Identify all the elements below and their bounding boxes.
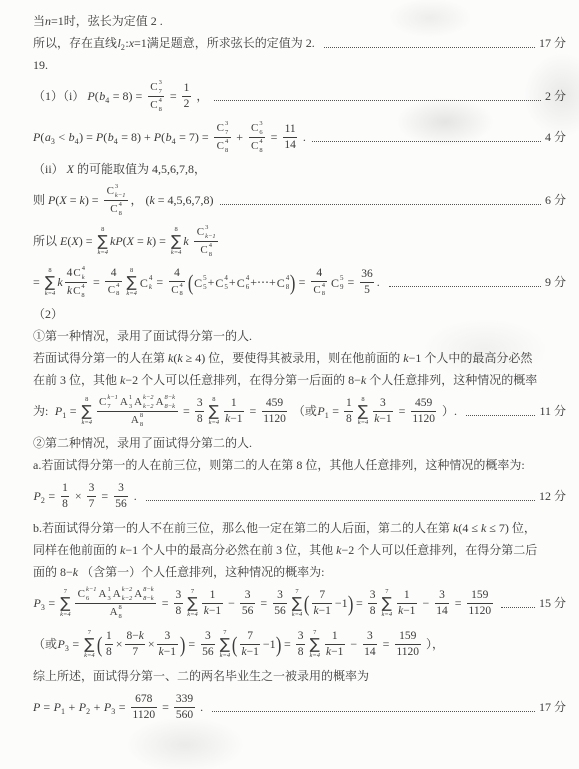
text-run: k=4: [97, 250, 108, 257]
text-run: 7: [87, 498, 96, 511]
text-run: ①第一种情况，录用了面试得分第一的人.: [33, 329, 252, 344]
text-run: 560: [174, 709, 194, 722]
text-run: 5: [224, 284, 228, 291]
math-variable: X: [71, 234, 78, 249]
line-p1-formula: 为: P1 = 8∑k=4Ck−17A13Ak−2k−2A8−k8−kA88 =…: [33, 391, 566, 432]
math-variable: P: [87, 89, 94, 104]
text-run: 3: [129, 404, 132, 411]
text-run: 当: [33, 14, 45, 29]
text-run: +: [65, 700, 78, 715]
line-19-pxk: 则 P(X = k) = C3k−1C48， (k = 4,5,6,7,8)6 …: [33, 180, 566, 221]
text-run: ×: [72, 489, 85, 504]
fraction: 356: [273, 589, 288, 618]
text-run: k=4: [292, 612, 303, 619]
text-run: 3: [87, 482, 96, 495]
text-run: 所以，存在直线: [33, 36, 117, 51]
summation-symbol: 8∑k=4: [171, 227, 182, 257]
text-run: +⋯+: [250, 275, 276, 290]
subscripted-variable: P3: [58, 637, 69, 652]
fraction: 38: [174, 589, 183, 618]
text-run: −1: [403, 605, 415, 618]
text-run: k=4: [84, 653, 95, 660]
text-run: 459: [414, 397, 434, 410]
text-run: 3: [367, 630, 373, 643]
math-variable: P: [33, 700, 40, 715]
script-stack: 46: [246, 275, 250, 291]
text-run: C48: [108, 202, 125, 217]
subscripted-variable: l2: [118, 36, 125, 51]
text-run: =: [185, 637, 198, 652]
combinatorial-symbol: C48: [110, 202, 122, 217]
text-run: 8: [296, 646, 305, 659]
text-run: =: [396, 404, 409, 419]
text-run: −2 个人可以任意排列，在得分第二后: [341, 543, 537, 558]
text-run: 8: [81, 293, 84, 300]
text-run: 4: [316, 267, 322, 280]
text-run: ∑: [171, 234, 181, 249]
text-run: 1: [344, 397, 353, 410]
text-run: 560: [176, 709, 193, 722]
text-run: 4: [116, 283, 119, 290]
text-run: 9: [340, 284, 344, 291]
text-run: 4: [172, 138, 176, 146]
combinatorial-symbol: C4k: [140, 275, 153, 291]
script-stack: 48: [180, 283, 183, 298]
subscripted-variable: P2: [79, 700, 90, 715]
fraction: 18: [105, 630, 114, 659]
text-run: A: [156, 397, 164, 408]
combinatorial-symbol: C48: [108, 283, 120, 298]
text-run: A: [131, 415, 139, 426]
text-run: P: [317, 404, 324, 419]
text-run: k−1: [240, 646, 260, 659]
text-run: =: [345, 275, 358, 290]
fraction-bar: [105, 281, 122, 282]
text-run: C37: [214, 121, 231, 136]
text-run: C: [313, 285, 320, 296]
text-run: C36: [249, 121, 266, 136]
text-run: 339: [174, 693, 194, 706]
text-run: k=4: [358, 420, 369, 427]
text-run: 8: [370, 605, 376, 618]
fraction: 1591120: [467, 589, 493, 618]
text-run: A: [134, 397, 142, 408]
line-summary-text: 综上所述，面试得分第一、二的两名毕业生之一被录用的概率为: [33, 665, 566, 687]
fraction-bar: [174, 707, 194, 708]
text-run: (: [103, 130, 107, 145]
text-run: C: [150, 100, 157, 111]
fraction-bar: [194, 241, 218, 242]
text-run: 7: [132, 646, 138, 659]
fraction: 314: [363, 630, 378, 659]
fraction: 1591120: [395, 630, 421, 659]
text-run: −1 个人中的最高分必然在前 3 位，其他: [125, 543, 336, 558]
text-run: （2）: [33, 307, 63, 322]
text-run: 7: [246, 630, 255, 643]
text-run: 4: [246, 275, 250, 282]
fraction: 1k−1: [397, 589, 417, 618]
text-run: A88: [107, 605, 124, 620]
text-run: ∑: [220, 637, 230, 652]
text-run: 8−k: [125, 630, 145, 643]
text-run: 4: [259, 139, 262, 146]
text-run: 459: [264, 397, 284, 410]
line-case2b-text-1: b.若面试得分第一的人不在前三位，那么他一定在第二的人后面，第二的人在第 k(4…: [33, 517, 566, 539]
fraction-bar: [125, 644, 145, 645]
text-run: 1120: [263, 413, 286, 426]
line-19-ii-values: （ii） X 的可能取值为 4,5,6,7,8，: [33, 158, 566, 180]
summation-symbol: 7∑k=4: [187, 589, 198, 619]
line-p3-alt-formula: （或P3 = 7∑k=4(18×8−k7×3k−1) = 3567∑k=4(7k…: [33, 624, 566, 665]
script-stack: k−16: [86, 587, 97, 602]
text-run: 1: [129, 395, 132, 402]
math-variable: P: [96, 130, 103, 145]
text-run: a.若面试得分第一的人在前三位，则第二的人在第 8 位，其他人任意排列，这种情况…: [33, 458, 525, 473]
text-run: C: [194, 277, 202, 289]
text-run: 19.: [33, 58, 48, 73]
text-run: 159: [399, 630, 416, 643]
script-stack: 55: [203, 275, 207, 291]
text-run: A88: [128, 413, 145, 428]
text-run: 7: [319, 589, 325, 602]
text-run: P: [34, 596, 41, 611]
fraction: 38: [195, 397, 204, 426]
combinatorial-symbol: C45: [215, 275, 228, 291]
script-stack: 48: [259, 139, 262, 154]
text-run: 56: [202, 646, 214, 659]
script-stack: 37: [225, 121, 228, 136]
text-run: ）.: [439, 404, 460, 419]
fraction-bar: [174, 603, 183, 604]
text-run: 1120: [131, 709, 157, 722]
text-run: Ck−16A13Ak−2k−2A8−k8−k: [75, 587, 156, 602]
fraction-bar: [467, 603, 493, 604]
text-run: Ck−17A13Ak−2k−2A8−k8−k: [97, 395, 178, 410]
text-run: 同样在他前面的: [33, 543, 120, 558]
combinatorial-symbol: C46: [237, 275, 250, 291]
score-label: 17 分: [539, 700, 566, 715]
text-run: C48: [249, 139, 266, 154]
line-case1-title: ①第一种情况，录用了面试得分第一的人.: [33, 325, 566, 347]
text-run: ），: [423, 637, 444, 652]
combinatorial-symbol: C37: [150, 80, 162, 95]
text-run: 8: [174, 605, 183, 618]
text-run: 159: [471, 589, 488, 602]
text-run: ∑: [127, 275, 137, 290]
text-run: .: [300, 130, 306, 145]
text-run: +: [91, 700, 104, 715]
fraction: 38: [296, 630, 305, 659]
text-run: C: [200, 245, 207, 256]
script-stack: 4k: [149, 275, 153, 291]
text-run: =1时，弦长为定值 2 .: [51, 14, 163, 29]
line-19-part2: （2）: [33, 303, 566, 325]
line-19-prob-a3-b4: P(a3 < b4) = P(b4 = 8) + P(b4 = 7) = C37…: [33, 117, 566, 158]
combinatorial-symbol: C59: [331, 275, 344, 291]
fraction-bar: [182, 96, 191, 97]
text-run: 4: [286, 275, 290, 282]
text-run: 6: [259, 130, 262, 137]
text-run: k−1: [325, 646, 345, 659]
text-run: 所以: [33, 234, 60, 249]
text-run: 1: [346, 397, 352, 410]
text-run: 1: [105, 630, 114, 643]
score-label: 9 分: [545, 275, 566, 290]
text-run: 36: [361, 268, 373, 281]
text-run: = 7) =: [176, 130, 212, 145]
text-run: 3: [205, 225, 216, 232]
script-stack: 48: [322, 283, 325, 298]
text-run: 1: [325, 412, 329, 420]
dotted-leader: [389, 286, 541, 287]
text-run: 1: [330, 630, 339, 643]
text-run: ∑: [98, 234, 108, 249]
text-run: 459: [415, 397, 432, 410]
text-run: 3: [195, 397, 204, 410]
text-run: P: [104, 700, 111, 715]
combinatorial-symbol: C4k: [73, 266, 85, 281]
text-run: C48: [169, 283, 186, 298]
text-run: P: [55, 404, 62, 419]
fraction-bar: [131, 707, 157, 708]
text-run: 14: [283, 139, 298, 152]
text-run: 4: [82, 266, 85, 273]
text-run: 4: [209, 243, 212, 250]
combinatorial-symbol: C48: [277, 275, 290, 291]
text-run: A: [99, 589, 107, 600]
text-run: k=4: [126, 291, 137, 298]
text-run: C: [99, 397, 106, 408]
text-run: =: [268, 130, 281, 145]
text-run: （含第一）个人任意排列，这种情况的概率为:: [78, 565, 324, 580]
text-run: ) =: [79, 234, 96, 249]
text-run: 8−k: [143, 596, 154, 603]
script-stack: 59: [340, 275, 344, 291]
text-run: 14: [435, 605, 450, 618]
text-run: C: [197, 227, 204, 238]
text-run: (: [95, 89, 99, 104]
text-run: 8: [259, 148, 262, 155]
text-run: 3: [174, 589, 183, 602]
text-run: 56: [273, 605, 288, 618]
text-run: 8: [119, 605, 122, 612]
line-p2-formula: P2 = 18 × 37 = 356 . 12 分: [33, 476, 566, 517]
text-run: ∑: [310, 637, 320, 652]
text-run: 4: [67, 267, 73, 280]
text-run: 4: [114, 138, 118, 146]
text-run: 3: [204, 630, 213, 643]
text-run: k−1: [86, 587, 97, 594]
text-run: 4: [75, 138, 79, 146]
text-run: (: [40, 130, 44, 145]
text-run: −: [225, 596, 238, 611]
text-run: 1: [182, 82, 191, 95]
text-run: 4C4k: [65, 266, 87, 281]
text-run: 8: [346, 413, 352, 426]
fraction-bar: [75, 603, 156, 604]
fraction: C3k−1C48: [104, 184, 128, 217]
text-run: 3: [296, 630, 305, 643]
text-run: ∑: [209, 404, 219, 419]
text-run: 1120: [469, 605, 492, 618]
text-run: 3: [380, 397, 386, 410]
fraction: 18: [61, 482, 70, 511]
text-run: 36: [360, 268, 375, 281]
combinatorial-symbol: C48: [251, 139, 263, 154]
line-case2b-text-2: 同样在他前面的 k−1 个人中的最高分必然在前 3 位，其他 k−2 个人可以任…: [33, 539, 566, 561]
fraction: 1114: [283, 123, 298, 152]
text-run: (: [161, 130, 165, 145]
text-run: 56: [115, 498, 127, 511]
summation-symbol: 8∑k=4: [97, 227, 108, 257]
text-run: 4: [224, 275, 228, 282]
text-run: 3: [370, 589, 376, 602]
line-p3-formula: P3 = 7∑k=4Ck−16A13Ak−2k−2A8−k8−kA88 = 38…: [33, 583, 566, 624]
fraction: 6781120: [131, 693, 157, 722]
fraction-bar: [97, 411, 178, 412]
fraction-bar: [104, 200, 128, 201]
combinatorial-symbol: A88: [131, 413, 143, 428]
text-run: 56: [242, 605, 254, 618]
text-run: 8: [61, 498, 70, 511]
script-stack: 37: [159, 80, 162, 95]
combinatorial-symbol: C3k−1: [107, 184, 126, 199]
text-run: ∑: [358, 404, 368, 419]
math-variable: P: [48, 193, 55, 208]
text-run: 3: [276, 589, 285, 602]
text-run: =: [69, 637, 82, 652]
text-run: ∑: [45, 275, 55, 290]
text-run: =: [159, 700, 172, 715]
text-run: 8: [225, 148, 228, 155]
text-run: k−1: [115, 193, 126, 200]
text-run: 7: [159, 89, 162, 96]
text-run: 1: [208, 589, 217, 602]
text-run: 则: [33, 193, 48, 208]
text-run: k=4: [382, 612, 393, 619]
text-run: C: [110, 204, 117, 215]
text-run: 8: [119, 211, 122, 218]
fraction: 314: [435, 589, 450, 618]
combinatorial-symbol: Ck−17: [99, 395, 118, 410]
fraction: 38: [368, 589, 377, 618]
script-stack: 88: [140, 413, 143, 428]
text-run: =: [329, 404, 342, 419]
text-run: 综上所述，面试得分第一、二的两名毕业生之一被录用的概率为: [33, 669, 369, 684]
text-run: C: [215, 277, 223, 289]
fraction-bar: [105, 644, 114, 645]
line-case1-text-2: 在前 3 位，其他 k−2 个人可以任意排列，在得分第一后面的 8−k 个人任意…: [33, 369, 566, 391]
fraction: 4C4kkC48: [65, 266, 87, 299]
text-run: 56: [114, 498, 129, 511]
text-run: k=4: [220, 653, 231, 660]
text-run: k=4: [45, 291, 56, 298]
text-run: 3: [118, 482, 124, 495]
text-run: k: [82, 275, 85, 282]
text-run: 459: [266, 397, 283, 410]
fraction-bar: [214, 137, 231, 138]
text-run: 3: [439, 589, 445, 602]
text-run: 3: [438, 589, 447, 602]
text-run: +: [229, 275, 236, 290]
text-run: 8−k: [165, 395, 176, 402]
text-run: kC48: [65, 284, 87, 299]
text-run: k−1: [205, 234, 216, 241]
text-run: 8−: [127, 630, 139, 643]
text-run: （1）（i）: [33, 89, 87, 104]
text-run: C48: [148, 98, 165, 113]
text-run: =: [67, 193, 80, 208]
text-run: 8: [140, 422, 143, 429]
script-stack: 88: [119, 605, 122, 620]
text-run: +: [208, 275, 215, 290]
text-run: 3: [164, 630, 170, 643]
fraction-bar: [363, 644, 378, 645]
fraction: 1k−1: [325, 630, 345, 659]
line-19-ex-2: = 8∑k=4k4C4kkC48 = 4C488∑k=4C4k = 4C48(C…: [33, 262, 566, 303]
text-run: 3: [175, 589, 181, 602]
text-run: −1: [209, 605, 221, 618]
text-run: 3: [117, 482, 126, 495]
text-run: 56: [240, 605, 255, 618]
text-run: .: [131, 489, 140, 504]
text-run: 8: [175, 605, 181, 618]
fraction: 4C48: [105, 267, 122, 298]
text-run: 3: [41, 604, 45, 612]
line-case2a-text: a.若面试得分第一的人在前三位，则第二的人在第 8 位，其他人任意排列，这种情况…: [33, 454, 566, 476]
text-run: C: [108, 285, 115, 296]
dotted-leader: [466, 415, 535, 416]
text-run: 7: [318, 589, 327, 602]
combinatorial-symbol: C48: [171, 283, 183, 298]
fraction-bar: [114, 496, 129, 497]
text-run: =: [296, 275, 309, 290]
script-stack: 48: [225, 139, 228, 154]
text-run: ≥ 4) 位，要使得其被录用，则在他前面的: [183, 351, 404, 366]
text-run: C: [237, 277, 245, 289]
text-run: 3: [111, 708, 115, 716]
fraction-bar: [201, 644, 216, 645]
text-run: 1: [402, 589, 411, 602]
text-run: = 8) =: [110, 89, 146, 104]
text-run: 3: [197, 397, 203, 410]
score-label: 15 分: [539, 596, 566, 611]
script-stack: 3k−1: [205, 225, 216, 240]
text-run: 7: [225, 130, 228, 137]
text-run: 1: [332, 630, 338, 643]
text-run: 8: [322, 291, 325, 298]
combinatorial-symbol: A8−k8−k: [156, 395, 175, 410]
math-variable: X: [127, 234, 134, 249]
math-variable: X: [67, 162, 74, 177]
text-run: =: [380, 637, 393, 652]
text-run: k−1: [312, 605, 332, 618]
text-run: 8: [344, 413, 353, 426]
text-run: b.若面试得分第一的人不在前三位，那么他一定在第二的人后面，第二的人在第: [33, 521, 453, 536]
text-run: C: [217, 141, 224, 152]
combinatorial-symbol: A13: [99, 587, 111, 602]
dotted-leader: [312, 141, 541, 142]
text-run: 8: [159, 107, 162, 114]
text-run: 56: [201, 646, 216, 659]
text-run: C: [331, 277, 339, 289]
text-run: C3k−1: [104, 184, 128, 199]
subscripted-variable: b4: [166, 130, 176, 145]
combinatorial-symbol: C55: [194, 275, 207, 291]
text-run: <: [55, 130, 68, 145]
text-run: 4: [315, 267, 324, 280]
math-variable: kP: [110, 234, 123, 249]
